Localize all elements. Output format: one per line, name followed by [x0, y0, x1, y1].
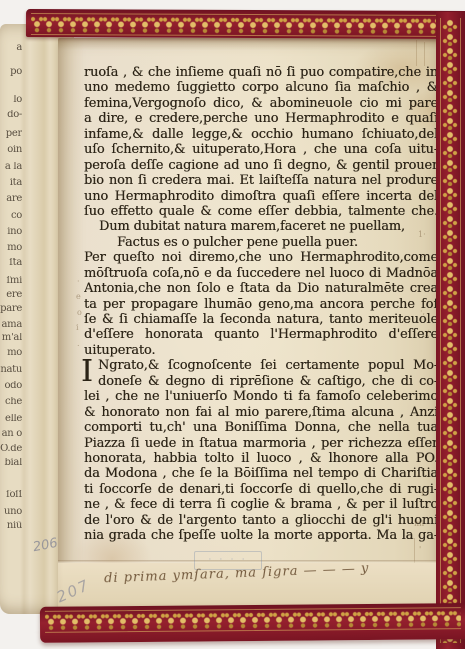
- printed-text-line: femina,Vergognoſo dico, & abomineuole ci…: [84, 96, 438, 111]
- gold-tooling-pattern: [440, 18, 461, 643]
- facing-page-fragment: ſmi: [0, 276, 22, 286]
- printed-text-line: uno Hermaphrodito dimoſtra quaſi eſſere …: [84, 189, 438, 204]
- margin-mark: *: [422, 144, 426, 153]
- margin-mark: ': [419, 545, 421, 554]
- printed-text-line: uituperato.: [84, 343, 438, 358]
- printed-text-line: & honorato non fai al mio parere,ſtima a…: [84, 405, 438, 420]
- printed-text-line: Per queſto noi diremo,che uno Hermaphrod…: [84, 250, 438, 265]
- facing-page-fragment: che: [0, 397, 22, 407]
- margin-mark: e: [76, 292, 81, 301]
- printed-text-line: mōſtruoſa coſa,nō e da ſuccedere nel luo…: [84, 266, 438, 281]
- fore-edge-binding: [436, 12, 465, 649]
- page-top-edge: [58, 38, 438, 50]
- facing-page-fragment: uno: [0, 507, 22, 517]
- facing-page-fragment: lo: [0, 95, 22, 105]
- margin-mark: i: [76, 323, 79, 332]
- facing-page-fragment: mo: [0, 243, 22, 253]
- facing-page-fragment: ino: [0, 227, 22, 237]
- facing-page-fragment: a la: [0, 162, 22, 172]
- page-crease: [416, 40, 417, 66]
- facing-page-fragment: ere: [0, 290, 22, 300]
- margin-mark: ·,: [420, 307, 425, 316]
- facing-page-fragment: O.de: [0, 444, 22, 454]
- facing-page-fragment: a: [0, 43, 22, 53]
- printed-text-line: infame,& dalle legge,& occhio humano ſch…: [84, 127, 438, 142]
- facing-page-fragment: odo: [0, 381, 22, 391]
- margin-mark: 1·: [418, 230, 426, 239]
- printed-text-block: I ruoſa , & che inſieme quaſi nō ſi puo …: [84, 65, 438, 544]
- facing-page-fragment: ſoſſ: [0, 490, 22, 500]
- margin-mark: .: [77, 339, 80, 348]
- printed-text-line: a dire, e credere,perche uno Hermaphrodi…: [84, 111, 438, 126]
- book-photo: apolodo-peroina laitaarecoinomoſtaſmiere…: [0, 0, 465, 649]
- printed-text-line: ti ſoccorſe de denari,ti ſoccorſe di que…: [84, 482, 438, 497]
- facing-page-fragment: do-: [0, 110, 22, 120]
- printed-text-line: bio non ſi credera mai. Et laiſteſſa nat…: [84, 173, 438, 188]
- printed-text-line: lei , che ne l'uniuerſo Mondo ti fa famo…: [84, 389, 438, 404]
- facing-page-fragment: elle: [0, 414, 22, 424]
- facing-page-fragment: natu: [0, 365, 22, 375]
- printed-text-line: ſe & ſi chiamaſſe la ſeconda natura, tan…: [84, 312, 438, 327]
- facing-page-fragment: ama: [0, 320, 22, 330]
- bottom-binding-edge: [40, 603, 465, 643]
- margin-mark: ,-: [421, 250, 426, 259]
- printed-text-line: da Modona , che ſe la Bōiſſima nel tempo…: [84, 466, 438, 481]
- facing-page-fragment: are: [0, 194, 22, 204]
- printed-text-line: Ngrato,& ſcognoſcente ſei certamente pop…: [84, 358, 438, 373]
- printed-text-line: ſuo effetto quale & come eſſer debbia, t…: [84, 204, 438, 219]
- printed-text-line: uſo ſchernito,& uituperato,Hora , che un…: [84, 142, 438, 157]
- printed-text-line: nia grada che ſpeſſe uolte la morte appo…: [84, 528, 438, 543]
- facing-page-fragment: bial: [0, 458, 22, 468]
- margin-mark: r: [421, 489, 425, 498]
- printed-text-line: ne , & fece di terra ſi coglie & brama ,…: [84, 497, 438, 512]
- printed-text-line: de l'oro & de l'argento tanto a gliocchi…: [84, 513, 438, 528]
- printed-text-line: comporti tu,ch' una Boniſſima Donna, che…: [84, 420, 438, 435]
- facing-page-fragment: an o: [0, 429, 22, 439]
- printed-text-line: ruoſa , & che inſieme quaſi nō ſi puo co…: [84, 65, 438, 80]
- margin-mark: o: [77, 308, 82, 317]
- book-page: I ruoſa , & che inſieme quaſi nō ſi puo …: [58, 38, 438, 616]
- printed-text-line: Piazza ſi uede in ſtatua marmoria , per …: [84, 436, 438, 451]
- facing-page-fragment: ita: [0, 178, 22, 188]
- gold-tooling-pattern: [31, 13, 461, 37]
- printed-text-line: ta per propagare lhumāo geno,ma ancora p…: [84, 297, 438, 312]
- facing-page-fragment: pare: [0, 304, 22, 314]
- facing-page-fragment: mo: [0, 348, 22, 358]
- facing-page-fragment: niū: [0, 521, 22, 531]
- facing-page-fragment: oin: [0, 145, 22, 155]
- printed-text-line: Dum dubitat natura marem,faceret ne puel…: [84, 219, 438, 234]
- top-binding-edge: [26, 9, 465, 39]
- margin-mark: mi: [414, 519, 424, 528]
- printed-text-line: d'eſſere honorata quanto l'Hermaphrodito…: [84, 327, 438, 342]
- printed-text-line: peroſa deſſe cagione ad uno ſi degno, & …: [84, 158, 438, 173]
- drop-cap-initial: I: [81, 357, 93, 387]
- facing-page-fragment: per: [0, 129, 22, 139]
- printed-text-line: uno medemo ſuggietto corpo alcuno ſia ma…: [84, 80, 438, 95]
- margin-mark: ‚: [417, 468, 420, 477]
- gold-tooling-pattern: [45, 607, 461, 633]
- facing-page-fragment: ſta: [0, 258, 22, 268]
- margin-mark: ·: [427, 187, 430, 196]
- page-crease: [424, 42, 425, 66]
- printed-text-line: honorata, habbia tolto il luoco , & lhon…: [84, 451, 438, 466]
- printed-text-line: Antonia,che non ſolo e ſtata da Dio natu…: [84, 281, 438, 296]
- printed-text-line: Factus es o pulcher pene puella puer.: [84, 235, 438, 250]
- margin-mark: ·: [77, 277, 80, 286]
- printed-text-line: doneſe & degno di riprēſione & caſtigo, …: [84, 374, 438, 389]
- facing-page-fragment: m'al: [0, 333, 22, 343]
- facing-page-fragment: po: [0, 67, 22, 77]
- margin-mark: ,(: [424, 329, 430, 338]
- facing-page-fragment: co: [0, 211, 22, 221]
